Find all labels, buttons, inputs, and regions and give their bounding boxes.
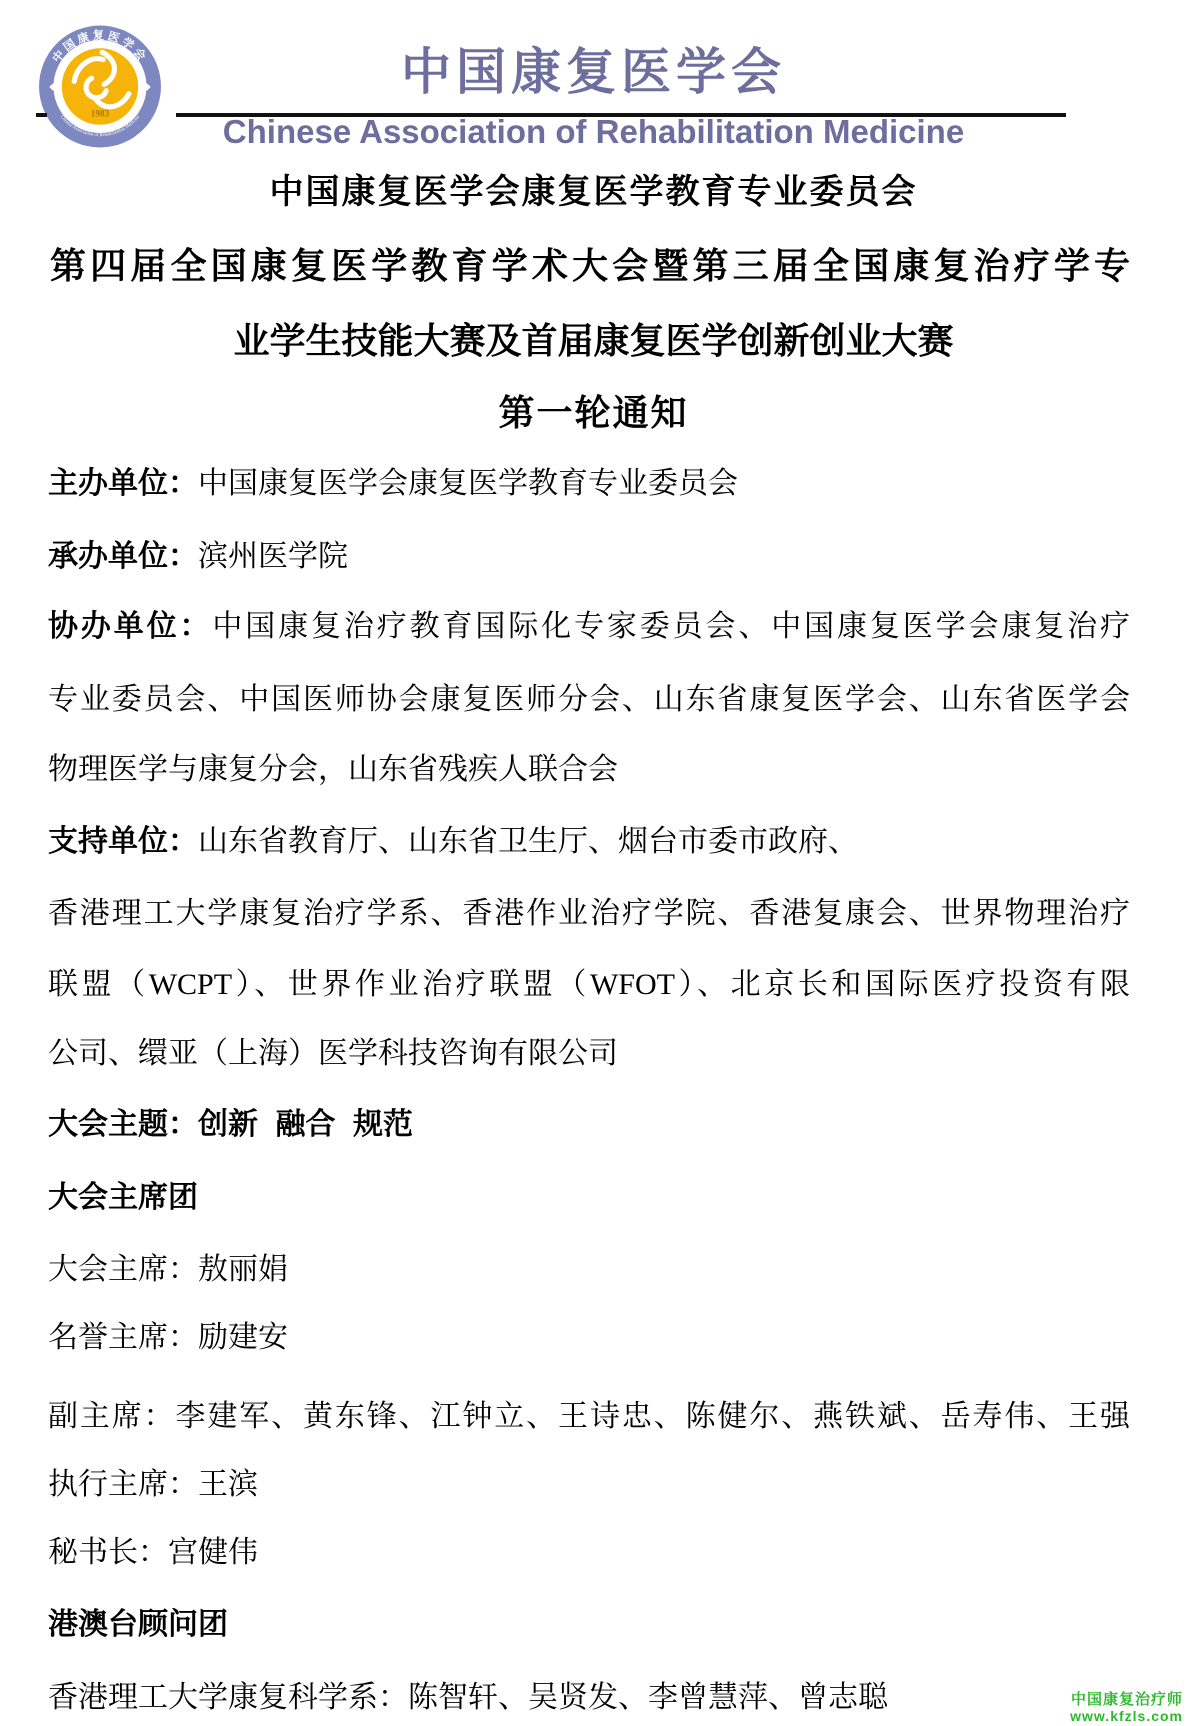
co-organizer-label: 协办单位： — [48, 610, 212, 643]
committee-title: 中国康复医学会康复医学教育专业委员会 — [0, 174, 1187, 211]
co-organizer-text-1: 中国康复治疗教育国际化专家委员会、中国康复医学会康复治疗 — [212, 610, 1130, 643]
polyu-advisors-line: 香港理工大学康复科学系：陈智轩、吴贤发、李曾慧萍、曾志聪 — [48, 1681, 1130, 1716]
co-organizer-text-2: 专业委员会、中国医师协会康复医师分会、山东省康复医学会、山东省医学会 — [48, 683, 1130, 716]
host-org-text: 中国康复医学会康复医学教育专业委员会 — [198, 467, 738, 500]
executive-chairman-line: 执行主席：王滨 — [48, 1468, 1130, 1503]
supporter-org-line-2: 香港理工大学康复治疗学系、香港作业治疗学院、香港复康会、世界物理治疗 — [48, 897, 1130, 932]
association-title-cn: 中国康复医学会 — [0, 46, 1187, 99]
site-watermark: 中国康复治疗师 www.kfzls.com — [1070, 1693, 1183, 1724]
notice-round-title: 第一轮通知 — [0, 394, 1187, 434]
supporter-org-line-3: 联盟（WCPT）、世界作业治疗联盟（WFOT）、北京长和国际医疗投资有限 — [48, 968, 1130, 1003]
co-organizer-line-3: 物理医学与康复分会，山东省残疾人联合会 — [48, 753, 1130, 788]
undertaker-org-label: 承办单位： — [48, 540, 198, 573]
supporter-org-text-1: 山东省教育厅、山东省卫生厅、烟台市委市政府、 — [198, 825, 858, 858]
supporter-org-label: 支持单位： — [48, 825, 198, 858]
supporter-org-text-2: 香港理工大学康复治疗学系、香港作业治疗学院、香港复康会、世界物理治疗 — [48, 897, 1130, 930]
watermark-site-url: www.kfzls.com — [1070, 1709, 1183, 1724]
event-title-line2: 业学生技能大赛及首届康复医学创新创业大赛 — [0, 322, 1187, 362]
event-title-line1: 第四届全国康复医学教育学术大会暨第三届全国康复治疗学专 — [50, 247, 1130, 287]
conference-chairman-line: 大会主席：敖丽娟 — [48, 1253, 1130, 1288]
vice-chairmen-line: 副主席：李建军、黄东锋、江钟立、王诗忠、陈健尔、燕铁斌、岳寿伟、王强 — [48, 1400, 1130, 1435]
association-title-en: Chinese Association of Rehabilitation Me… — [0, 115, 1187, 148]
co-organizer-line-1: 协办单位：中国康复治疗教育国际化专家委员会、中国康复医学会康复治疗 — [48, 610, 1130, 645]
undertaker-org-line: 承办单位：滨州医学院 — [48, 540, 1130, 575]
host-org-label: 主办单位： — [48, 467, 198, 500]
supporter-org-text-3: 联盟（WCPT）、世界作业治疗联盟（WFOT）、北京长和国际医疗投资有限 — [48, 968, 1130, 1001]
supporter-org-line-1: 支持单位：山东省教育厅、山东省卫生厅、烟台市委市政府、 — [48, 825, 1130, 860]
conference-theme-line: 大会主题：创新 融合 规范 — [48, 1108, 1130, 1143]
undertaker-org-text: 滨州医学院 — [198, 540, 348, 573]
honorary-chairman-line: 名誉主席：励建安 — [48, 1321, 1130, 1356]
co-organizer-line-2: 专业委员会、中国医师协会康复医师分会、山东省康复医学会、山东省医学会 — [48, 683, 1130, 718]
hk-macao-taiwan-advisors-heading: 港澳台顾问团 — [48, 1608, 1130, 1643]
watermark-site-name: 中国康复治疗师 — [1070, 1693, 1183, 1709]
secretary-general-line: 秘书长：宫健伟 — [48, 1536, 1130, 1571]
conference-theme-label: 大会主题： — [48, 1108, 198, 1141]
host-org-line: 主办单位：中国康复医学会康复医学教育专业委员会 — [48, 467, 1130, 502]
supporter-org-text-4: 公司、缳亚（上海）医学科技咨询有限公司 — [48, 1037, 618, 1070]
presidium-heading: 大会主席团 — [48, 1181, 1130, 1216]
supporter-org-line-4: 公司、缳亚（上海）医学科技咨询有限公司 — [48, 1037, 1130, 1072]
conference-theme-text: 创新 融合 规范 — [198, 1108, 413, 1141]
co-organizer-text-3: 物理医学与康复分会，山东省残疾人联合会 — [48, 753, 618, 786]
